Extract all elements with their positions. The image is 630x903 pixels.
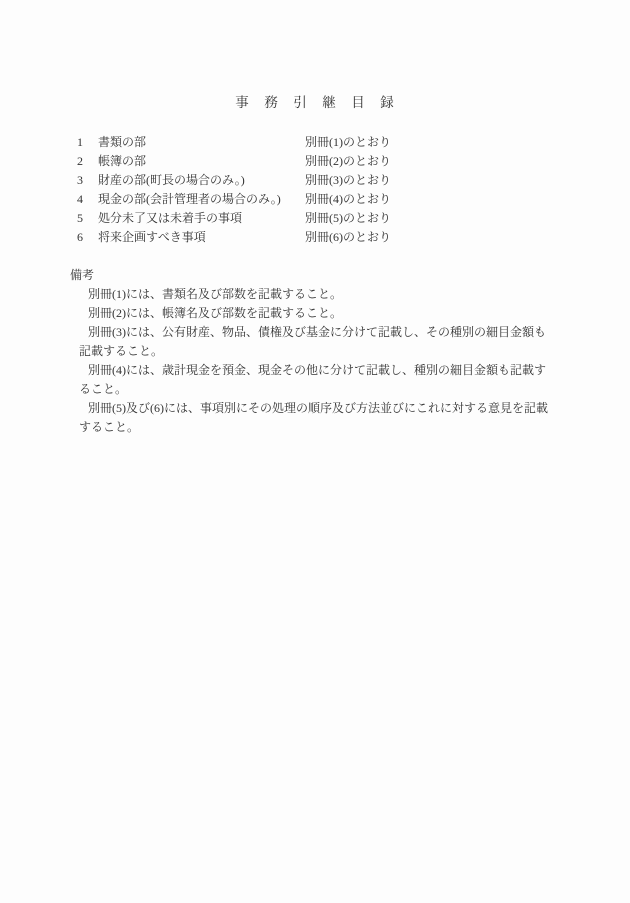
item-ref: 別冊(4)のとおり <box>305 190 391 209</box>
remark-note: 別冊(2)には、帳簿名及び部数を記載すること。 <box>79 304 555 323</box>
item-label: 処分未了又は未着手の事項 <box>98 209 305 228</box>
item-label: 将来企画すべき事項 <box>98 228 305 247</box>
item-ref: 別冊(2)のとおり <box>305 152 391 171</box>
list-item: 6 将来企画すべき事項 別冊(6)のとおり <box>77 228 630 247</box>
list-item: 4 現金の部(会計管理者の場合のみ。) 別冊(4)のとおり <box>77 190 630 209</box>
item-number: 2 <box>77 152 98 171</box>
remarks-heading: 備考 <box>70 266 630 285</box>
items-list: 1 書類の部 別冊(1)のとおり 2 帳簿の部 別冊(2)のとおり 3 財産の部… <box>77 133 630 247</box>
list-item: 3 財産の部(町長の場合のみ。) 別冊(3)のとおり <box>77 171 630 190</box>
item-ref: 別冊(5)のとおり <box>305 209 391 228</box>
item-number: 4 <box>77 190 98 209</box>
remarks-section: 備考 別冊(1)には、書類名及び部数を記載すること。 別冊(2)には、帳簿名及び… <box>0 266 630 437</box>
list-item: 5 処分未了又は未着手の事項 別冊(5)のとおり <box>77 209 630 228</box>
item-label: 書類の部 <box>98 133 305 152</box>
item-label: 財産の部(町長の場合のみ。) <box>98 171 305 190</box>
item-ref: 別冊(6)のとおり <box>305 228 391 247</box>
list-item: 2 帳簿の部 別冊(2)のとおり <box>77 152 630 171</box>
remark-note: 別冊(4)には、歳計現金を預金、現金その他に分けて記載し、種別の細目金額も記載す… <box>79 361 555 399</box>
document-title: 事 務 引 継 目 録 <box>0 93 630 112</box>
item-ref: 別冊(1)のとおり <box>305 133 391 152</box>
item-label: 現金の部(会計管理者の場合のみ。) <box>98 190 305 209</box>
document-page: 事 務 引 継 目 録 1 書類の部 別冊(1)のとおり 2 帳簿の部 別冊(2… <box>0 0 630 903</box>
item-number: 3 <box>77 171 98 190</box>
item-label: 帳簿の部 <box>98 152 305 171</box>
remark-note: 別冊(5)及び(6)には、事項別にその処理の順序及び方法並びにこれに対する意見を… <box>79 399 555 437</box>
item-ref: 別冊(3)のとおり <box>305 171 391 190</box>
remark-note: 別冊(3)には、公有財産、物品、債権及び基金に分けて記載し、その種別の細目金額も… <box>79 323 555 361</box>
list-item: 1 書類の部 別冊(1)のとおり <box>77 133 630 152</box>
item-number: 1 <box>77 133 98 152</box>
item-number: 5 <box>77 209 98 228</box>
item-number: 6 <box>77 228 98 247</box>
remark-note: 別冊(1)には、書類名及び部数を記載すること。 <box>79 285 555 304</box>
